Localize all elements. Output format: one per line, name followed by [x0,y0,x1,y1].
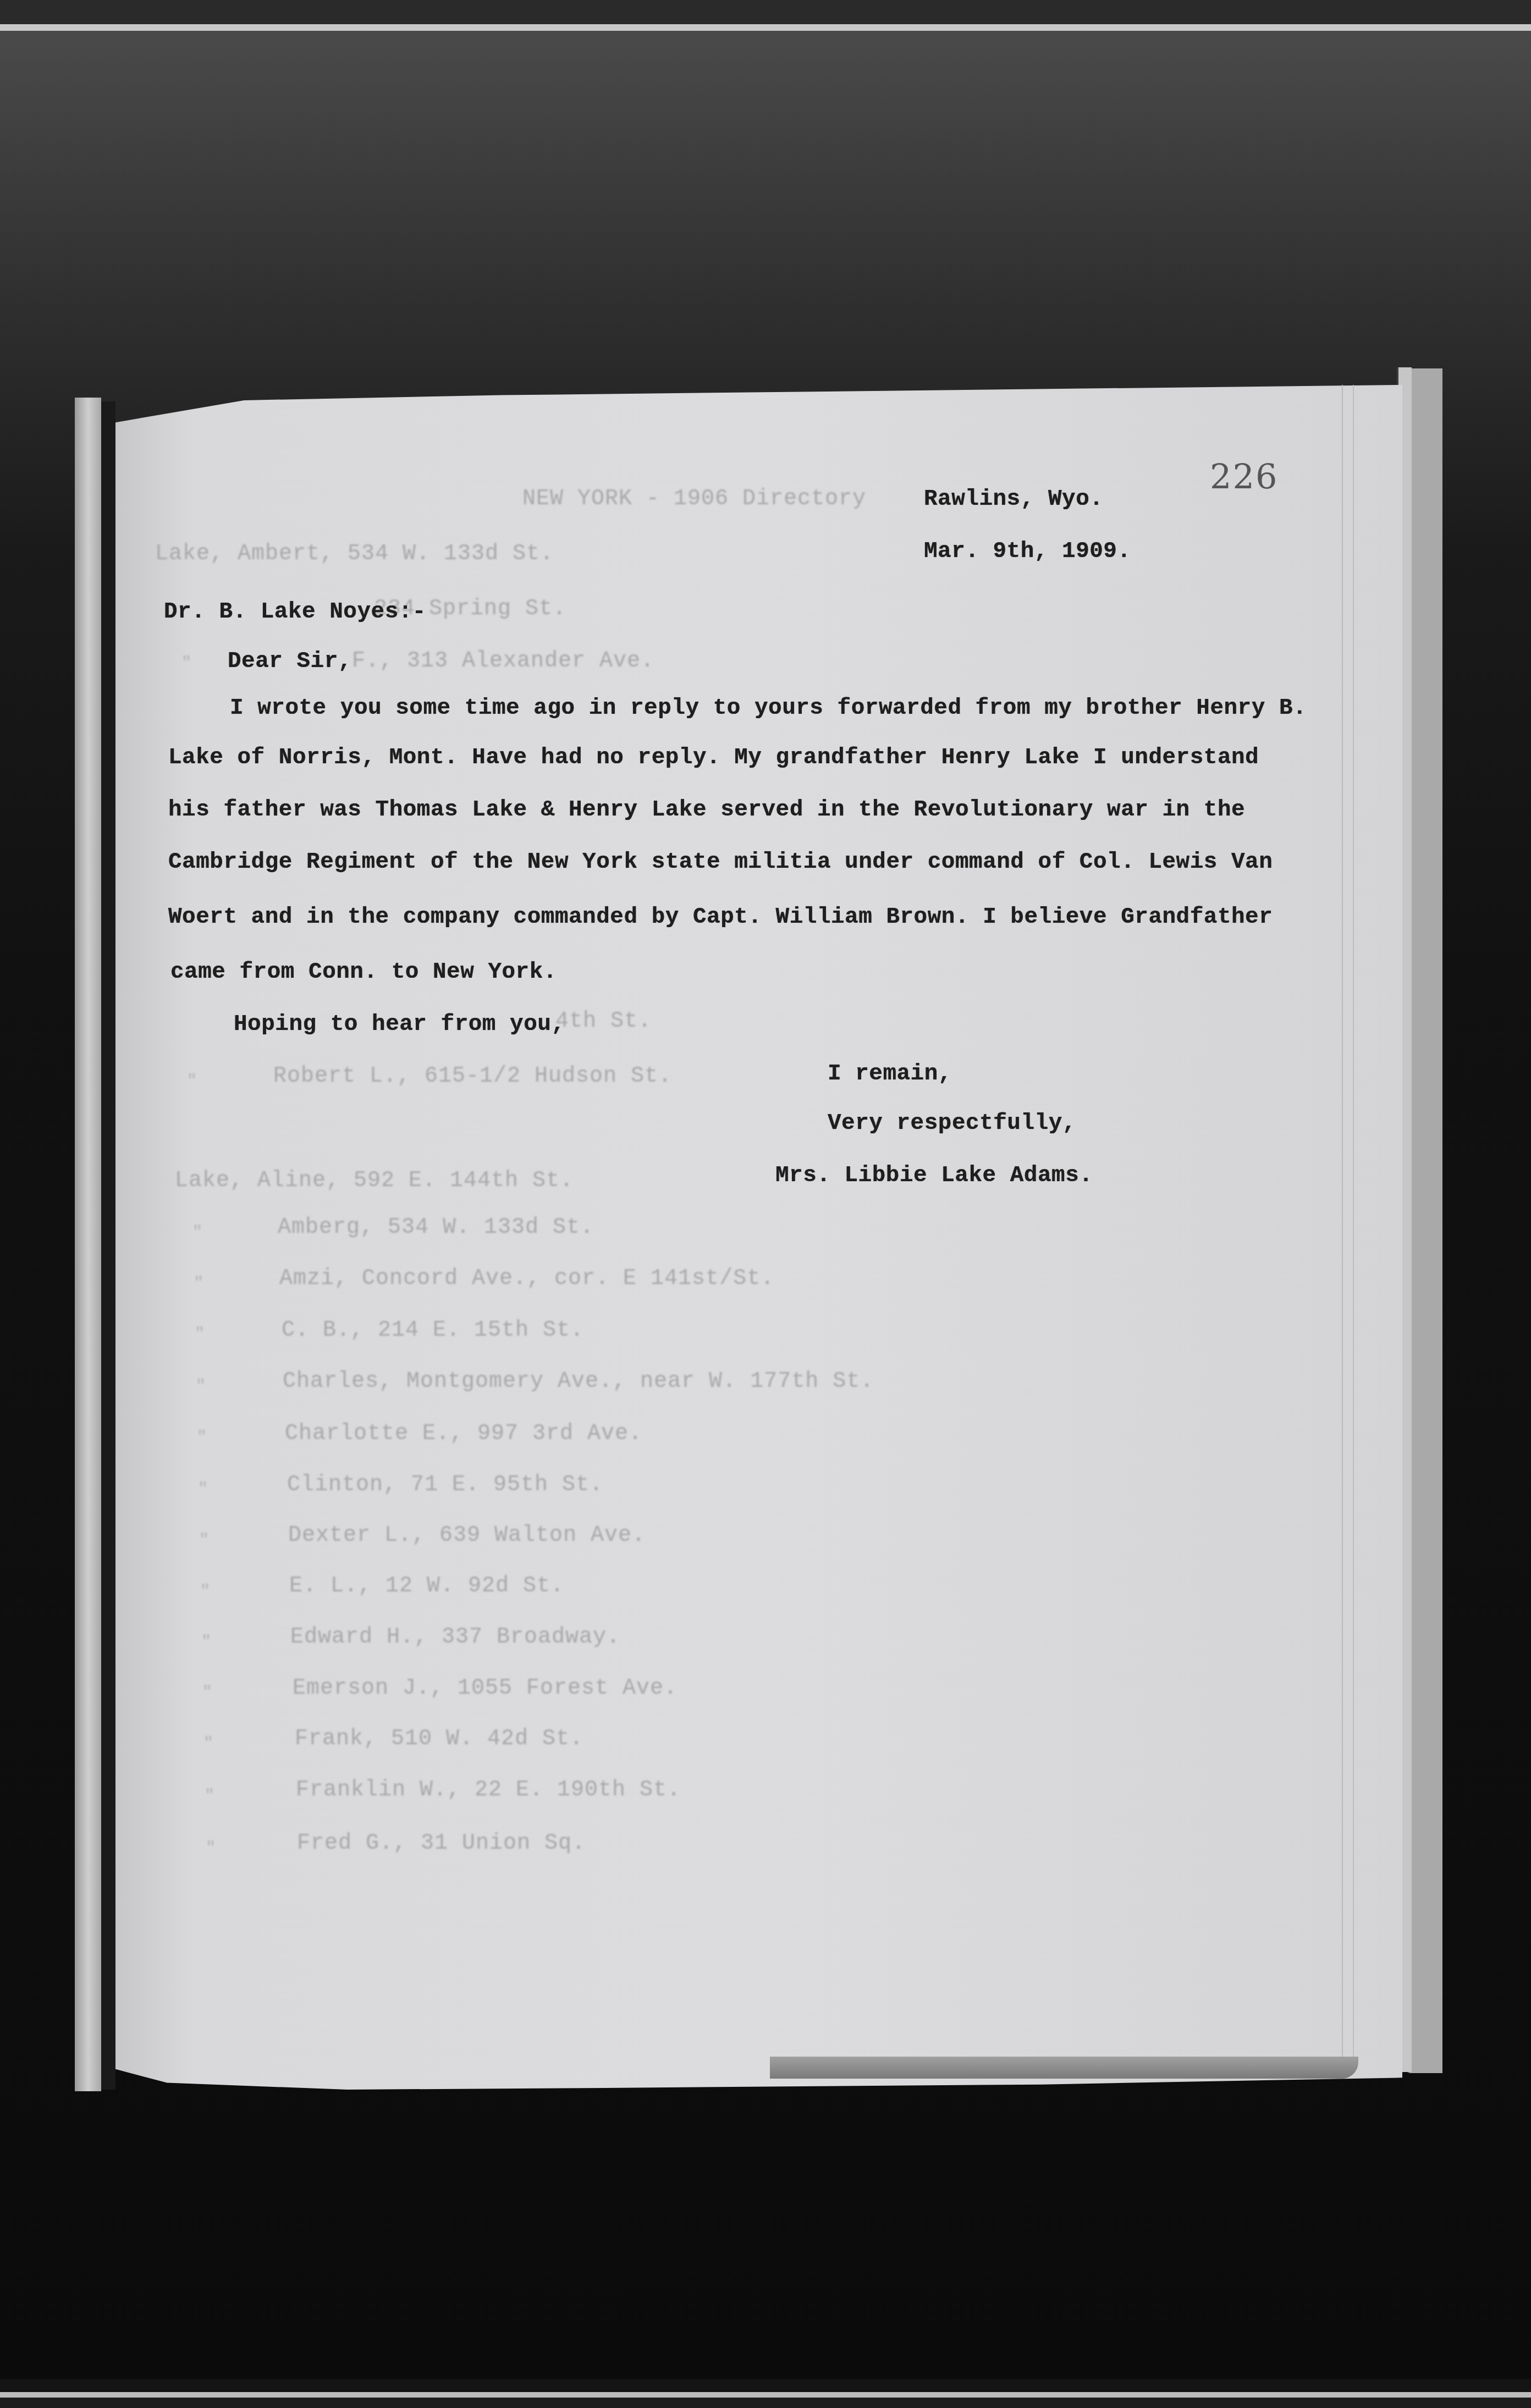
letter-date: Mar. 9th, 1909. [924,539,1131,564]
bleed-ditto: " [201,1633,211,1652]
bleed-line: Clinton, 71 E. 95th St. [287,1473,603,1497]
bleed-ditto: " [205,1787,214,1806]
bleed-line: F., 313 Alexander Ave. [352,649,654,674]
bleed-ditto: " [199,1531,209,1550]
bleed-line: Amberg, 534 W. 133d St. [278,1215,594,1240]
bleed-line: Lake, Aline, 592 E. 144th St. [175,1169,574,1193]
bleed-line: E. L., 12 W. 92d St. [289,1574,564,1599]
letter-sign-off: Very respectfully, [828,1111,1076,1136]
bleed-line: Fred G., 31 Union Sq. [297,1831,586,1856]
binding-strip [75,398,101,2091]
bleed-line: Franklin W., 22 E. 190th St. [296,1778,681,1803]
letter-place: Rawlins, Wyo. [924,487,1103,512]
bleed-line: Dexter L., 639 Walton Ave. [288,1523,646,1548]
film-bottom-band [0,2398,1531,2408]
bleed-ditto: " [200,1583,210,1601]
letter-body-line: Lake of Norris, Mont. Have had no reply.… [168,745,1259,770]
letter-body-line: Cambridge Regiment of the New York state… [168,850,1273,875]
letter-salutation: Dear Sir, [228,649,352,674]
sheet-fold-line [1342,385,1343,2068]
film-bottom-edge [0,2392,1531,2398]
underlying-page-edge [770,2057,1358,2079]
letter-signature: Mrs. Libbie Lake Adams. [775,1163,1093,1188]
bleed-line: Frank, 510 W. 42d St. [295,1727,583,1751]
bleed-line: Amzi, Concord Ave., cor. E 141st/St. [279,1266,774,1291]
letter-sign-off: I remain, [828,1061,952,1087]
bleed-line: Robert L., 615-1/2 Hudson St. [273,1064,672,1089]
bleed-line: C. B., 214 E. 15th St. [282,1318,584,1343]
bleed-ditto: " [197,1429,207,1447]
film-top-edge [0,24,1531,31]
letter-closing-line: Hoping to hear from you, [234,1012,565,1037]
binding-gap [101,401,115,2090]
letter-body-line: I wrote you some time ago in reply to yo… [230,696,1307,721]
letter-body-line: came from Conn. to New York. [170,960,557,985]
bleed-ditto: " [206,1839,216,1858]
bleed-ditto: " [198,1480,208,1499]
bleed-line: Emerson J., 1055 Forest Ave. [293,1676,678,1701]
bleed-ditto: " [202,1684,212,1702]
bleed-ditto: " [181,654,191,673]
bleed-ditto: " [203,1735,213,1754]
bleed-line: Charles, Montgomery Ave., near W. 177th … [283,1369,874,1394]
bleed-ditto: " [195,1325,205,1344]
letter-body-line: Woert and in the company commanded by Ca… [168,905,1273,930]
page-stack-edge [1408,368,1442,2073]
letter-body-line: his father was Thomas Lake & Henry Lake … [168,797,1245,823]
bleed-line: Lake, Ambert, 534 W. 133d St. [155,542,554,566]
page-number: 226 [1210,456,1278,497]
bleed-line: Edward H., 337 Broadway. [290,1625,620,1650]
bleed-header: NEW YORK - 1906 Directory [522,487,866,511]
letter-recipient: Dr. B. Lake Noyes:- [164,599,426,625]
bleed-ditto: " [187,1072,197,1091]
film-top-band [0,0,1531,24]
bleed-ditto: " [196,1377,206,1396]
bleed-line: Charlotte E., 997 3rd Ave. [285,1421,642,1446]
bleed-ditto: " [194,1275,203,1293]
sheet-fold-line [1353,385,1354,2068]
bleed-line: 4th St. [555,1009,652,1034]
bleed-ditto: " [192,1224,202,1242]
